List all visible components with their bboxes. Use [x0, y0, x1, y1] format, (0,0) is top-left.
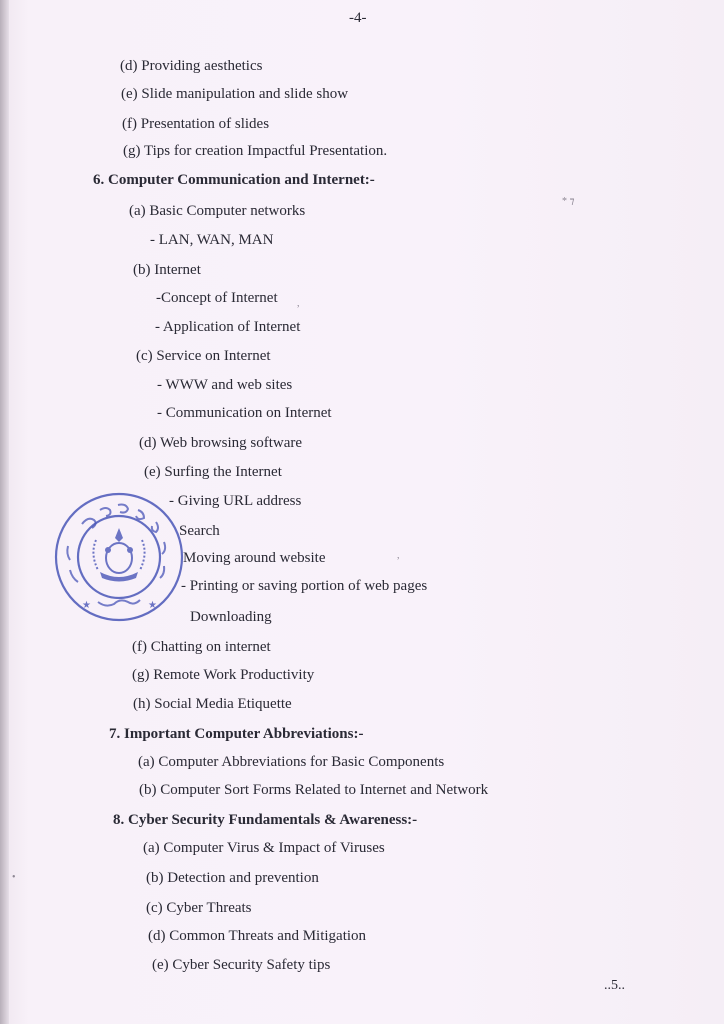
sub-item: -Concept of Internet: [156, 290, 278, 307]
list-item: (d) Common Threats and Mitigation: [148, 928, 366, 945]
list-item: (e) Slide manipulation and slide show: [121, 86, 348, 103]
list-item: (a) Basic Computer networks: [129, 203, 305, 220]
list-item: (a) Computer Virus & Impact of Viruses: [143, 840, 385, 857]
list-item: (a) Computer Abbreviations for Basic Com…: [138, 754, 444, 771]
list-item: (b) Internet: [133, 262, 201, 279]
list-item: (c) Cyber Threats: [146, 900, 252, 917]
list-item: (d) Providing aesthetics: [120, 58, 262, 75]
sub-item: - Printing or saving portion of web page…: [181, 578, 427, 595]
list-item: (e) Surfing the Internet: [144, 464, 282, 481]
list-item: (g) Remote Work Productivity: [132, 667, 314, 684]
section-heading-6: 6. Computer Communication and Internet:-: [93, 172, 375, 189]
sub-item: - WWW and web sites: [157, 377, 292, 394]
scan-speck: ,: [297, 298, 300, 309]
list-item: (h) Social Media Etiquette: [133, 696, 292, 713]
continuation-marker: ..5..: [604, 978, 625, 994]
section-title: Cyber Security Fundamentals & Awareness:…: [128, 812, 417, 828]
list-item: (b) Detection and prevention: [146, 870, 319, 887]
official-seal-stamp: ★ ★: [52, 490, 186, 624]
list-item: (b) Computer Sort Forms Related to Inter…: [139, 782, 488, 799]
page-edge-shadow: [0, 0, 9, 1024]
svg-text:★: ★: [82, 600, 91, 611]
scan-speck: ,: [397, 550, 400, 561]
svg-text:★: ★: [148, 600, 157, 611]
list-item: (f) Chatting on internet: [132, 639, 271, 656]
document-page: -4- (d) Providing aesthetics (e) Slide m…: [0, 0, 724, 1024]
list-item: (d) Web browsing software: [139, 435, 302, 452]
page-number: -4-: [349, 10, 367, 27]
section-heading-7: 7. Important Computer Abbreviations:-: [109, 726, 363, 743]
section-number: 6.: [93, 172, 104, 188]
list-item: (f) Presentation of slides: [122, 116, 269, 133]
section-heading-8: 8. Cyber Security Fundamentals & Awarene…: [113, 812, 417, 829]
sub-item: Moving around website: [183, 550, 325, 567]
list-item: (c) Service on Internet: [136, 348, 271, 365]
sub-item: - Communication on Internet: [157, 405, 332, 422]
sub-item: - Giving URL address: [169, 493, 301, 510]
section-title: Computer Communication and Internet:-: [108, 172, 375, 188]
sub-item: Downloading: [190, 609, 272, 626]
scan-speck: •: [12, 872, 16, 883]
section-number: 8.: [113, 812, 124, 828]
list-item: (g) Tips for creation Impactful Presenta…: [123, 143, 387, 160]
sub-item: - LAN, WAN, MAN: [150, 232, 273, 249]
section-number: 7.: [109, 726, 120, 742]
section-title: Important Computer Abbreviations:-: [124, 726, 363, 742]
scan-speck: * ⁊: [562, 196, 574, 207]
sub-item: - Application of Internet: [155, 319, 300, 336]
list-item: (e) Cyber Security Safety tips: [152, 957, 330, 974]
